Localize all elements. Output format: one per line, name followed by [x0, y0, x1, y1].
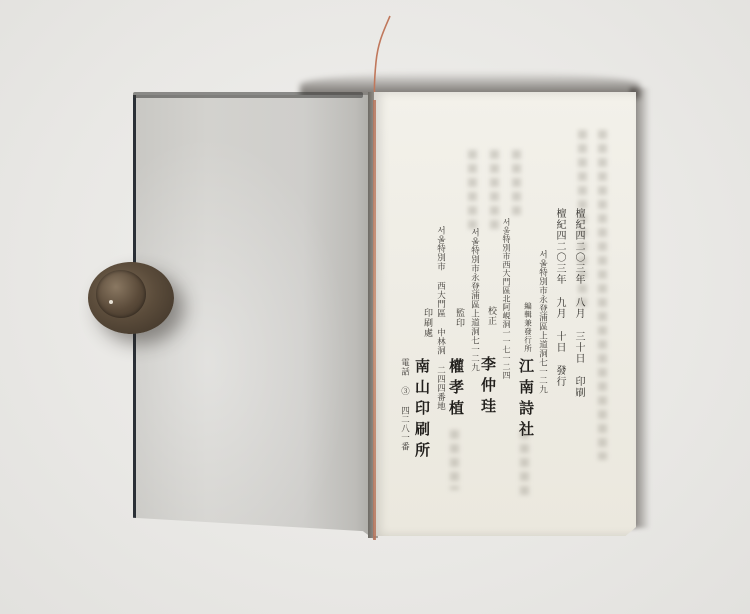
- folded-cover: [133, 95, 375, 540]
- weight-highlight: [109, 300, 113, 304]
- publisher-label: 編輯兼發行所: [524, 302, 532, 353]
- publisher-name: 江南詩社: [518, 358, 533, 442]
- colophon: 檀紀四二〇三年 八月 三十日 印刷 檀紀四二〇三年 九月 十日 發行 서울特別市…: [436, 208, 616, 453]
- proofreader-label: 校正: [486, 306, 495, 326]
- bronze-weight-knob: [96, 270, 146, 318]
- printer-name: 南山印刷所: [414, 358, 429, 463]
- publish-date: 檀紀四二〇三年 九月 十日 發行: [554, 208, 564, 387]
- printer-address: 서울特別市 西大門區 中林洞 二四四番地: [436, 226, 445, 411]
- supervisor-address: 서울特別市永登浦區上道洞七一二九: [470, 228, 479, 372]
- cover-edge: [133, 92, 363, 98]
- print-date: 檀紀四二〇三年 八月 三十日 印刷: [573, 208, 583, 398]
- supervisor-label: 監印: [454, 308, 463, 328]
- binding-thread: [373, 100, 376, 540]
- publisher-address: 서울特別市永登浦區上道洞七一二九: [538, 250, 547, 394]
- proofreader-address: 서울特別市西大門區北阿峴洞一一七一二四: [502, 218, 510, 380]
- proofreader-name: 李仲珪: [480, 356, 495, 419]
- binding-thread-loose: [368, 12, 398, 102]
- supervisor-name: 權孝植: [448, 358, 463, 421]
- printer-phone: 電話 ③ 四二八一番: [400, 358, 409, 451]
- printer-label: 印刷處: [422, 308, 431, 338]
